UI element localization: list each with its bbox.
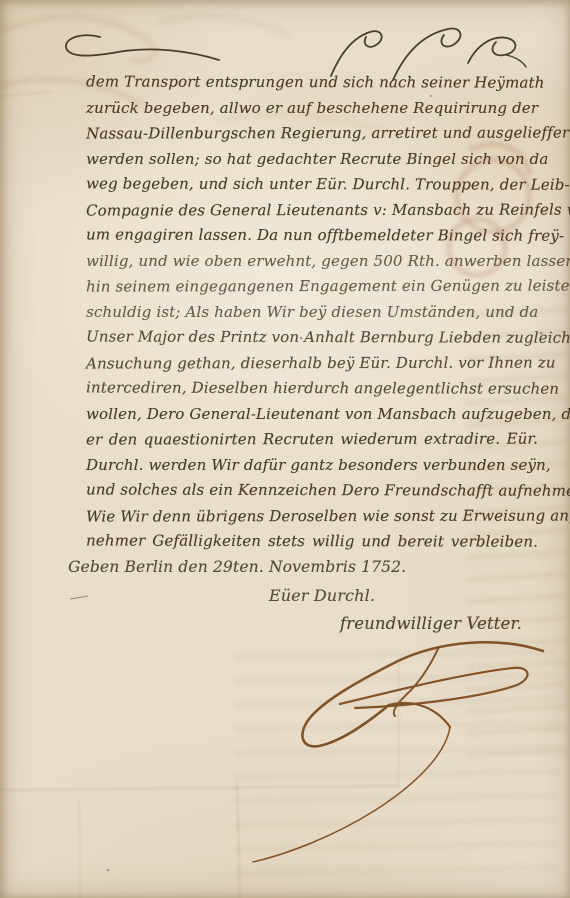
manuscript-line: Durchl. werden Wir dafür gantz besonders… (86, 453, 538, 479)
manuscript-line: Wie Wir denn übrigens Deroselben wie son… (86, 503, 538, 529)
manuscript-line: schuldig ist; Als haben Wir beÿ diesen U… (86, 300, 538, 326)
manuscript-line: Compagnie des General Lieutenants v: Man… (86, 197, 538, 223)
verso-showthrough-bottom (235, 635, 560, 885)
manuscript-line: intercediren, Dieselben hierdurch angele… (86, 375, 538, 402)
manuscript-line: wollen, Dero General-Lieutenant von Mans… (86, 402, 538, 428)
left-flourish (66, 35, 219, 60)
manuscript-line: um engagiren lassen. Da nun offtbemeldet… (86, 222, 538, 249)
manuscript-line: zurück begeben, allwo er auf beschehene … (86, 96, 538, 122)
manuscript-line: er den quaestionirten Recruten wiederum … (86, 427, 538, 453)
manuscript-line: Nassau-Dillenburgschen Regierung, arreti… (86, 121, 538, 147)
manuscript-letter-page: dem Transport entsprungen und sich nach … (0, 0, 570, 898)
manuscript-line: nehmer Gefälligkeiten stets willig und b… (86, 528, 538, 555)
manuscript-line: willig, und wie oben erwehnt, gegen 500 … (86, 249, 538, 275)
manuscript-line: dem Transport entsprungen und sich nach … (86, 69, 538, 96)
manuscript-line: Ansuchung gethan, dieserhalb beÿ Eür. Du… (86, 350, 538, 376)
manuscript-line: und solches als ein Kennzeichen Dero Fre… (86, 477, 538, 504)
valediction: freundwilliger Vetter. (86, 611, 538, 637)
dateline: Geben Berlin den 29ten. Novembris 1752. (68, 555, 538, 581)
manuscript-line: werden sollen; so hat gedachter Recrute … (86, 147, 538, 173)
letter-body: dem Transport entsprungen und sich nach … (86, 70, 538, 636)
right-flourish-3 (468, 37, 515, 63)
manuscript-line: hin seinem eingegangenen Engagement ein … (86, 274, 538, 300)
manuscript-line: weg begeben, und sich unter Eür. Durchl.… (86, 171, 538, 198)
address-close: Eüer Durchl. (212, 583, 432, 609)
manuscript-line: Unser Major des Printz von Anhalt Bernbu… (86, 324, 538, 351)
